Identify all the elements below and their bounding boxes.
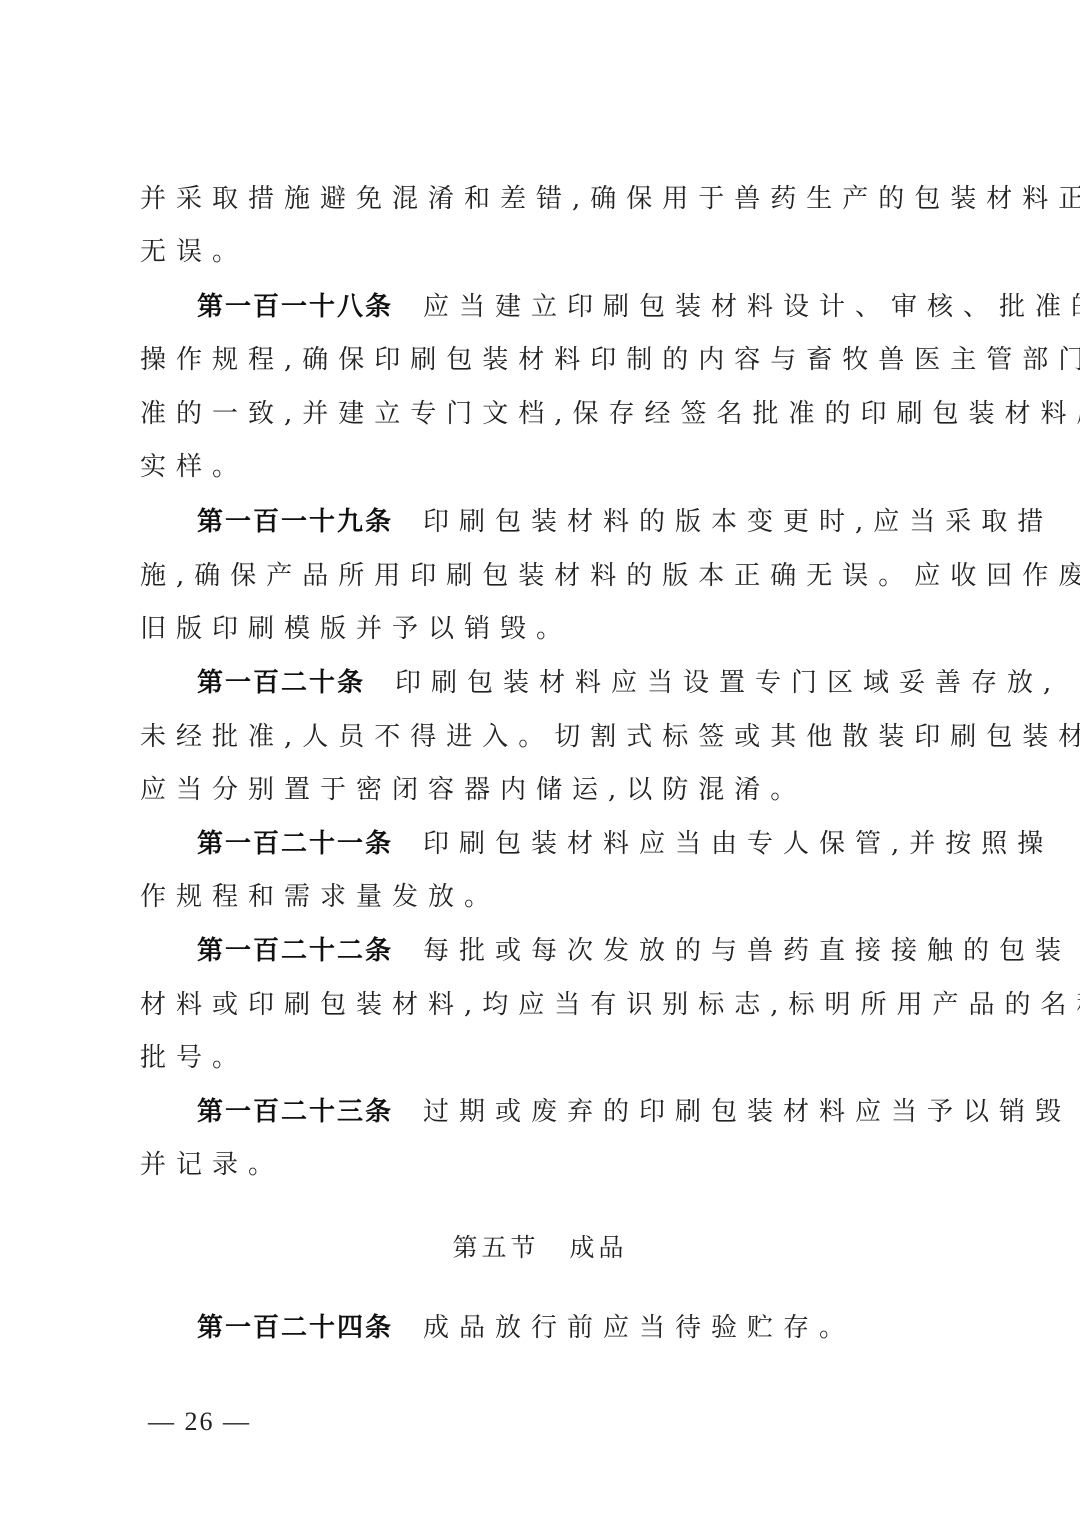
article-text: 印刷包装材料的版本变更时,应当采取措 bbox=[423, 507, 1053, 537]
document-page: 并采取措施避免混淆和差错,确保用于兽药生产的包装材料正确 无误。 第一百一十八条… bbox=[0, 0, 1080, 1527]
text-line: 应当分别置于密闭容器内储运,以防混淆。 bbox=[140, 770, 960, 810]
article-121: 第一百二十一条印刷包装材料应当由专人保管,并按照操 bbox=[197, 824, 1017, 864]
article-122: 第一百二十二条每批或每次发放的与兽药直接接触的包装 bbox=[197, 931, 1017, 971]
article-119: 第一百一十九条印刷包装材料的版本变更时,应当采取措 bbox=[197, 502, 1017, 542]
text-line: 未经批准,人员不得进入。切割式标签或其他散装印刷包装材料 bbox=[140, 717, 960, 757]
text-line: 材料或印刷包装材料,均应当有识别标志,标明所用产品的名称和 bbox=[140, 985, 960, 1025]
article-123: 第一百二十三条过期或废弃的印刷包装材料应当予以销毁 bbox=[197, 1092, 1017, 1132]
text-line: 旧版印刷模版并予以销毁。 bbox=[140, 609, 960, 649]
text-line: 批号。 bbox=[140, 1038, 960, 1078]
text-line: 并采取措施避免混淆和差错,确保用于兽药生产的包装材料正确 bbox=[140, 179, 960, 219]
article-120: 第一百二十条印刷包装材料应当设置专门区域妥善存放, bbox=[197, 663, 1017, 703]
article-text: 应当建立印刷包装材料设计、审核、批准的 bbox=[423, 292, 1080, 322]
article-number: 第一百一十八条 bbox=[197, 292, 393, 322]
article-number: 第一百二十二条 bbox=[197, 936, 393, 966]
article-124: 第一百二十四条成品放行前应当待验贮存。 bbox=[197, 1308, 1017, 1348]
article-text: 每批或每次发放的与兽药直接接触的包装 bbox=[423, 936, 1071, 966]
section-heading: 第五节成品 bbox=[0, 1228, 1080, 1268]
text-line: 并记录。 bbox=[140, 1145, 960, 1185]
article-text: 印刷包装材料应当由专人保管,并按照操 bbox=[423, 829, 1053, 859]
section-number: 第五节 bbox=[452, 1233, 539, 1262]
article-number: 第一百二十条 bbox=[197, 668, 365, 698]
text-line: 操作规程,确保印刷包装材料印制的内容与畜牧兽医主管部门核 bbox=[140, 340, 960, 380]
text-line: 准的一致,并建立专门文档,保存经签名批准的印刷包装材料原版 bbox=[140, 394, 960, 434]
article-118: 第一百一十八条应当建立印刷包装材料设计、审核、批准的 bbox=[197, 287, 1017, 327]
text-line: 无误。 bbox=[140, 232, 960, 272]
article-number: 第一百一十九条 bbox=[197, 507, 393, 537]
section-title: 成品 bbox=[570, 1233, 628, 1262]
text-line: 实样。 bbox=[140, 447, 960, 487]
article-text: 过期或废弃的印刷包装材料应当予以销毁 bbox=[423, 1097, 1071, 1127]
article-text: 印刷包装材料应当设置专门区域妥善存放, bbox=[395, 668, 1061, 698]
text-line: 作规程和需求量发放。 bbox=[140, 877, 960, 917]
article-number: 第一百二十四条 bbox=[197, 1313, 393, 1343]
page-number: — 26 — bbox=[148, 1402, 251, 1442]
article-number: 第一百二十三条 bbox=[197, 1097, 393, 1127]
text-line: 施,确保产品所用印刷包装材料的版本正确无误。应收回作废的 bbox=[140, 556, 960, 596]
article-number: 第一百二十一条 bbox=[197, 829, 393, 859]
article-text: 成品放行前应当待验贮存。 bbox=[423, 1313, 855, 1343]
